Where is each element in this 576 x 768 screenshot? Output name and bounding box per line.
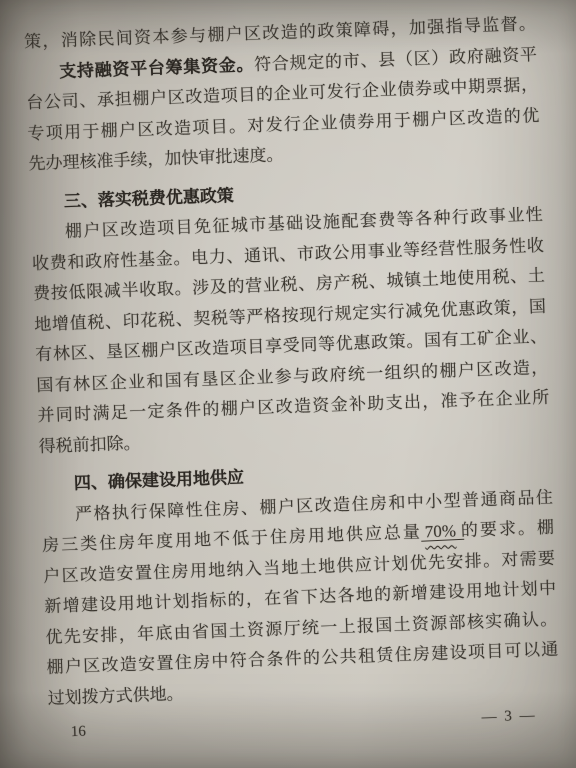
book-page-number: 16	[71, 724, 87, 742]
text-run: 先办理核准手续，加快审批速度。	[28, 145, 284, 173]
document-page-number: — 3 —	[481, 707, 537, 726]
pen-underlined-value: 70%	[421, 521, 459, 541]
text-run: 三、落实税费优惠政策	[64, 185, 235, 210]
text-run: 四、确保建设用地供应	[74, 468, 245, 493]
page-footer: 16 — 3 —	[49, 707, 561, 742]
photographed-document-page: 策，消除民间资本参与棚户区改造的政策障碍，加强指导监督。支持融资平台筹集资金。符…	[0, 0, 576, 768]
page-content: 策，消除民间资本参与棚户区改造的政策障碍，加强指导监督。支持融资平台筹集资金。符…	[24, 9, 561, 742]
text-run: 符合规定的市、县（区）政府融资平	[254, 45, 537, 74]
document-body: 策，消除民间资本参与棚户区改造的政策障碍，加强指导监督。支持融资平台筹集资金。符…	[24, 9, 560, 714]
bold-run: 支持融资平台筹集资金。	[59, 55, 255, 81]
text-run: 的要求。棚	[459, 518, 555, 540]
text-run: 得税前扣除。	[38, 433, 141, 456]
text-run: 过划拨方式供地。	[47, 684, 184, 708]
